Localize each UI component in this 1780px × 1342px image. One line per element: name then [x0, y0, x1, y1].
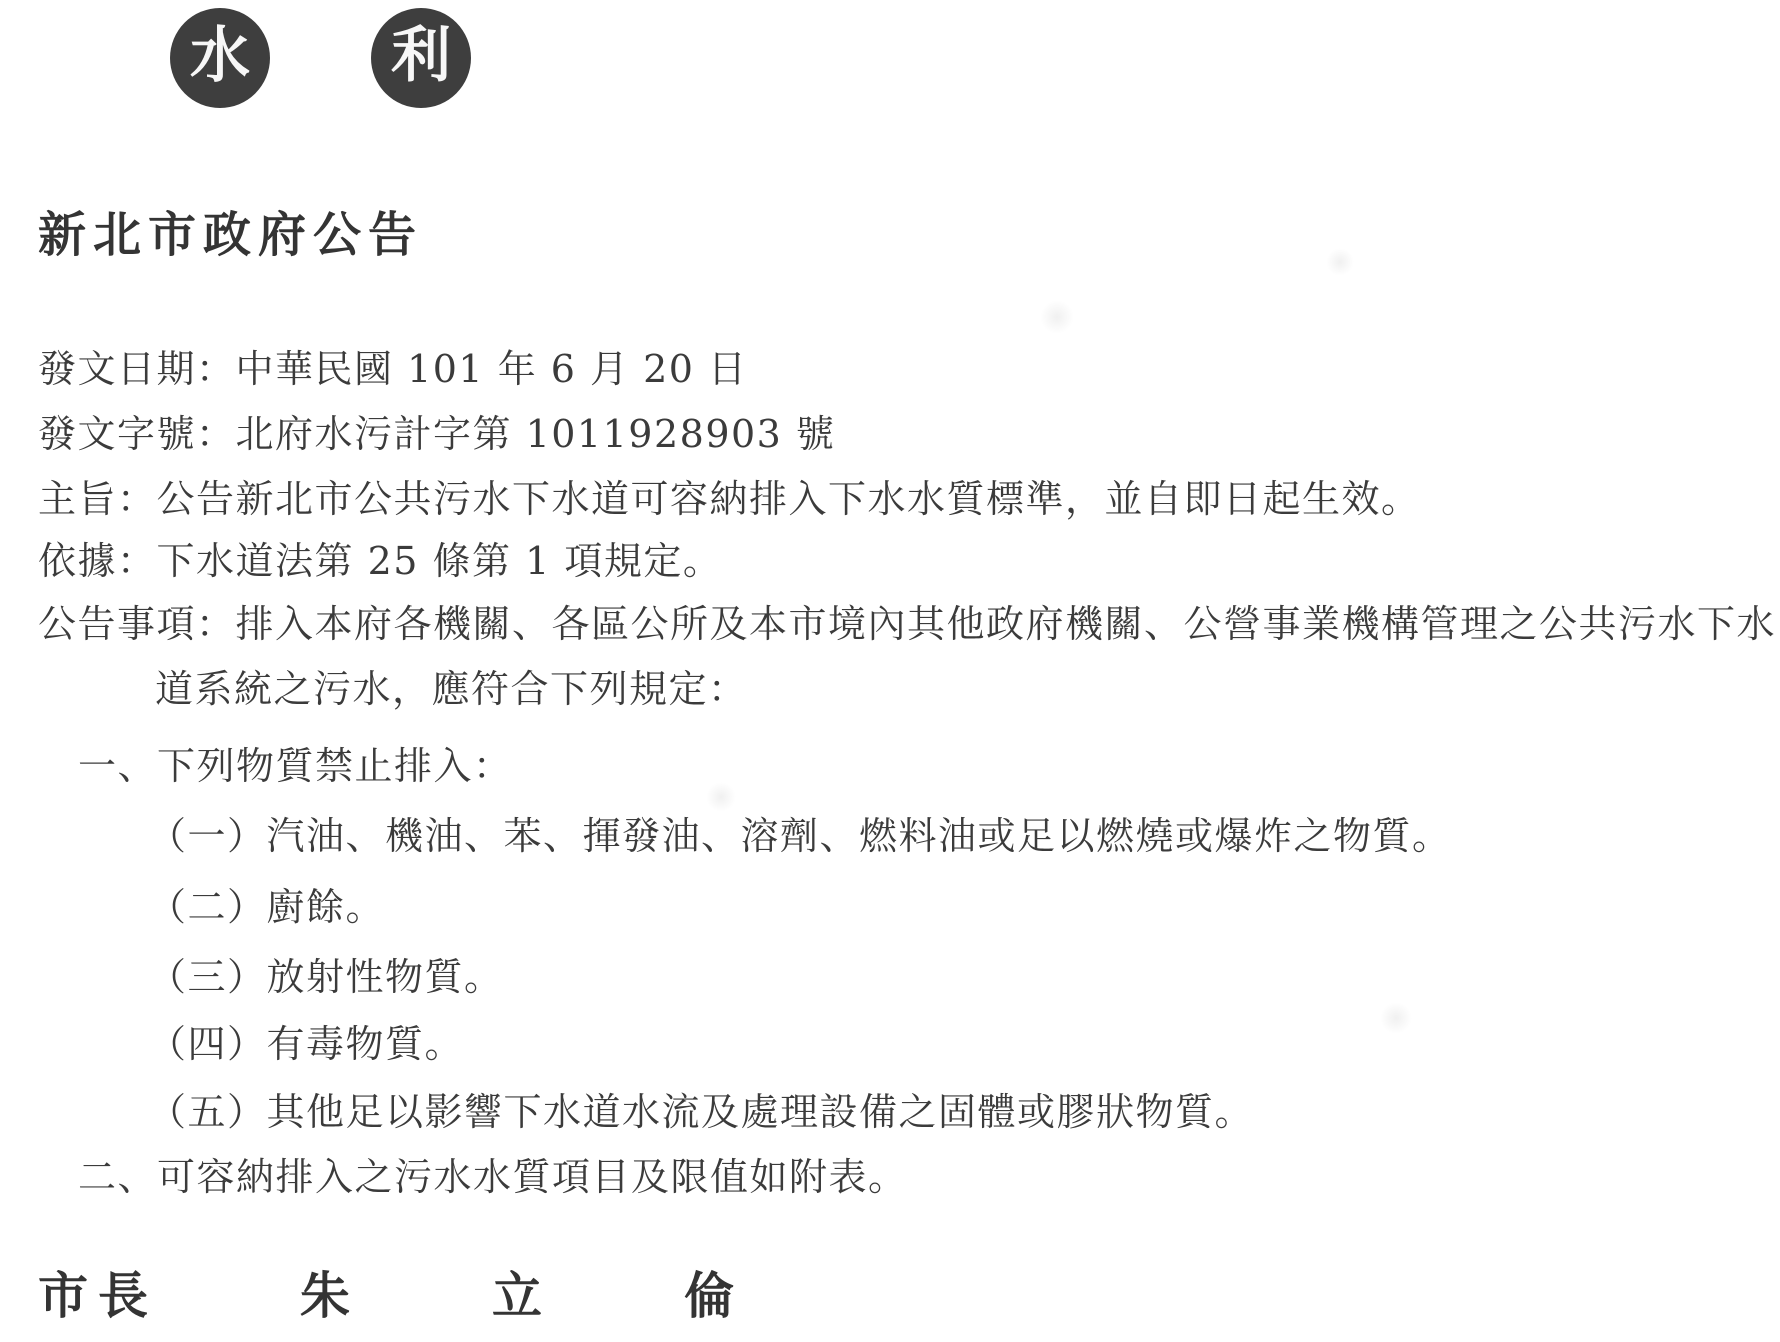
doc-line-doc-number: 發文字號：北府水污計字第 1011928903 號 [38, 413, 835, 457]
mayor-name-char-2: 立 [492, 1256, 542, 1328]
announcement-title: 新北市政府公告 [38, 196, 423, 265]
doc-line-announcement-items-cont: 道系統之污水，應符合下列規定： [155, 668, 748, 712]
doc-line-item-1-5: （五）其他足以影響下水道水流及處理設備之固體或膠狀物質。 [148, 1091, 1254, 1135]
doc-line-subject: 主旨：公告新北市公共污水下水道可容納排入下水水質標準，並自即日起生效。 [38, 478, 1421, 522]
doc-line-item-1-4: （四）有毒物質。 [148, 1023, 464, 1067]
doc-line-item-1: 一、下列物質禁止排入： [78, 745, 513, 789]
doc-line-item-1-2: （二）廚餘。 [148, 886, 385, 930]
water-seal-character: 水 [190, 26, 250, 86]
mayor-name-char-3: 倫 [684, 1256, 734, 1328]
mayor-name-char-1: 朱 [300, 1256, 350, 1328]
doc-line-item-1-3: （三）放射性物質。 [148, 956, 504, 1000]
water-seal-stamp: 水 [170, 8, 270, 108]
mayor-signature: 市長 朱 立 倫 [38, 1256, 734, 1328]
announcement-document-page: 水 利 新北市政府公告 發文日期：中華民國 101 年 6 月 20 日 發文字… [0, 0, 1780, 1342]
scan-artifact [1040, 300, 1074, 334]
li-seal-character: 利 [391, 26, 451, 86]
doc-line-legal-basis: 依據：下水道法第 25 條第 1 項規定。 [38, 540, 722, 584]
doc-line-item-1-1: （一）汽油、機油、苯、揮發油、溶劑、燃料油或足以燃燒或爆炸之物質。 [148, 815, 1452, 859]
scan-artifact [706, 782, 736, 812]
mayor-title: 市長 [38, 1256, 158, 1328]
li-seal-stamp: 利 [371, 8, 471, 108]
doc-line-item-2: 二、可容納排入之污水水質項目及限值如附表。 [78, 1156, 908, 1200]
scan-artifact [1326, 248, 1354, 276]
doc-line-announcement-items: 公告事項：排入本府各機關、各區公所及本市境內其他政府機關、公營事業機構管理之公共… [38, 603, 1776, 647]
doc-line-issue-date: 發文日期：中華民國 101 年 6 月 20 日 [38, 348, 748, 392]
scan-artifact [1380, 1002, 1412, 1034]
